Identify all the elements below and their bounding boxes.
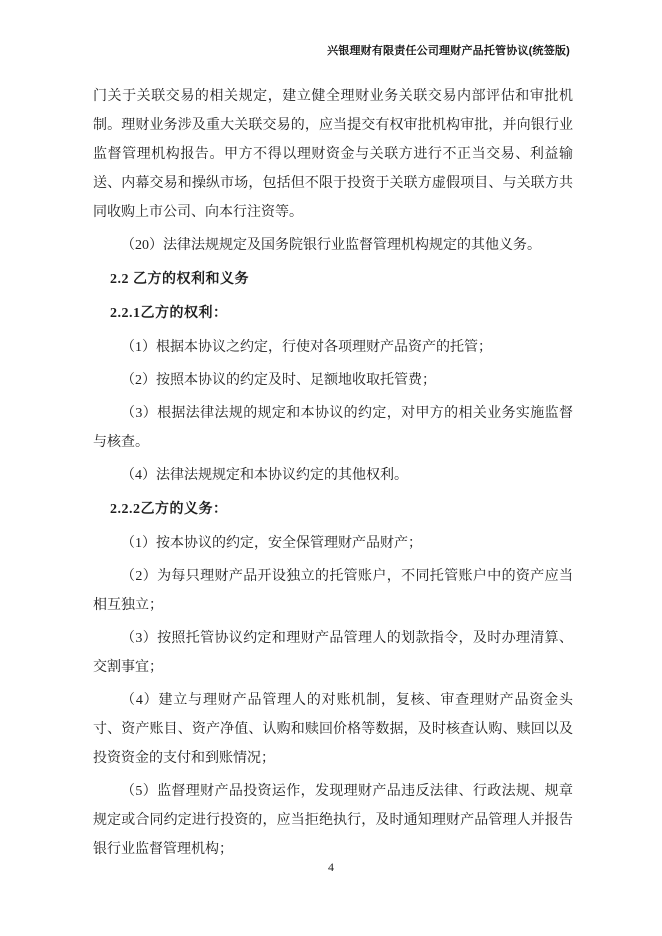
paragraph: （2）按照本协议的约定及时、足额地收取托管费；: [93, 366, 573, 395]
page-number: 4: [0, 860, 662, 875]
section-heading: 2.2.1乙方的权利：: [93, 299, 573, 328]
section-heading: 2.2 乙方的权利和义务: [93, 265, 573, 294]
paragraph: （2）为每只理财产品开设独立的托管账户，不同托管账户中的资产应当相互独立；: [93, 562, 573, 620]
paragraph: （5）监督理财产品投资运作，发现理财产品违反法律、行政法规、规章规定或合同约定进…: [93, 777, 573, 864]
paragraph: （4）建立与理财产品管理人的对账机制，复核、审查理财产品资金头寸、资产账目、资产…: [93, 686, 573, 773]
document-header-title: 兴银理财有限责任公司理财产品托管协议(统签版): [93, 42, 570, 58]
paragraph: （3）按照托管协议约定和理财产品管理人的划款指令，及时办理清算、交割事宜；: [93, 624, 573, 682]
section-heading: 2.2.2乙方的义务：: [93, 495, 573, 524]
paragraph: （1）根据本协议之约定，行使对各项理财产品资产的托管；: [93, 333, 573, 362]
paragraph: （4）法律法规规定和本协议约定的其他权利。: [93, 461, 573, 490]
paragraph: （1）按本协议的约定，安全保管理财产品财产；: [93, 529, 573, 558]
paragraph: （20）法律法规规定及国务院银行业监督管理机构规定的其他义务。: [93, 231, 573, 260]
document-body: 门关于关联交易的相关规定，建立健全理财业务关联交易内部评估和审批机制。理财业务涉…: [93, 82, 573, 868]
document-page: 兴银理财有限责任公司理财产品托管协议(统签版) 门关于关联交易的相关规定，建立健…: [0, 0, 662, 936]
paragraph: （3）根据法律法规的规定和本协议的约定，对甲方的相关业务实施监督与核查。: [93, 399, 573, 457]
paragraph: 门关于关联交易的相关规定，建立健全理财业务关联交易内部评估和审批机制。理财业务涉…: [93, 82, 573, 227]
